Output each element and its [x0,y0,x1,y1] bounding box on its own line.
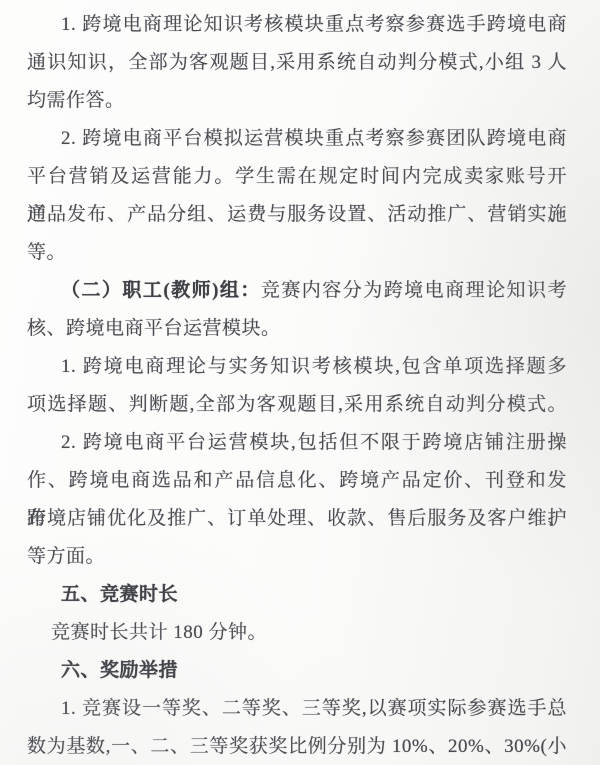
para-2-line-2: 平台营销及运营能力。学生需在规定时间内完成卖家账号开通、 [27,158,567,196]
section-heading-awards: 六、奖励举措 [27,652,567,690]
para-1-line-1: 1. 跨境电商理论知识考核模块重点考察参赛选手跨境电商 [27,6,567,44]
document-page: 1. 跨境电商理论知识考核模块重点考察参赛选手跨境电商通识知识，全部为客观题目,… [0,0,600,765]
duration-body-line: 竞赛时长共计 180 分钟。 [27,614,567,652]
group-2-para-1-line-2: 项选择题、判断题,全部为客观题目,采用系统自动判分模式。 [27,386,567,424]
group-2-para-2-line-2: 作、跨境电商选品和产品信息化、跨境产品定价、刊登和发布、 [27,462,567,500]
group-2-para-2-line-4: 等方面。 [27,538,567,576]
para-1-line-2: 通识知识，全部为客观题目,采用系统自动判分模式,小组 3 人 [27,44,567,82]
para-2-line-3: 产品发布、产品分组、运费与服务设置、活动推广、营销实施 [27,196,567,234]
para-2-line-4: 等。 [27,234,567,272]
awards-para-1-line-2: 数为基数,一、二、三等奖获奖比例分别为 10%、20%、30%(小数 [27,728,567,765]
awards-para-1-line-1: 1. 竞赛设一等奖、二等奖、三等奖,以赛项实际参赛选手总 [27,690,567,728]
group-2-line-2: 核、跨境电商平台运营模块。 [27,310,567,348]
document-text-block: 1. 跨境电商理论知识考核模块重点考察参赛选手跨境电商通识知识，全部为客观题目,… [27,6,567,765]
group-2-para-2-line-1: 2. 跨境电商平台运营模块,包括但不限于跨境店铺注册操 [27,424,567,462]
group-2-para-1-line-1: 1. 跨境电商理论与实务知识考核模块,包含单项选择题多 [27,348,567,386]
section-heading-duration: 五、竞赛时长 [27,576,567,614]
para-2-line-1: 2. 跨境电商平台模拟运营模块重点考察参赛团队跨境电商 [27,120,567,158]
bold-run: （二）职工(教师)组： [61,280,261,301]
group-2-heading-line: （二）职工(教师)组：竞赛内容分为跨境电商理论知识考 [27,272,567,310]
para-1-line-3: 均需作答。 [27,82,567,120]
group-2-para-2-line-3: 跨境店铺优化及推广、订单处理、收款、售后服务及客户维护 [27,500,567,538]
text-run: 竞赛内容分为跨境电商理论知识考 [261,280,567,301]
